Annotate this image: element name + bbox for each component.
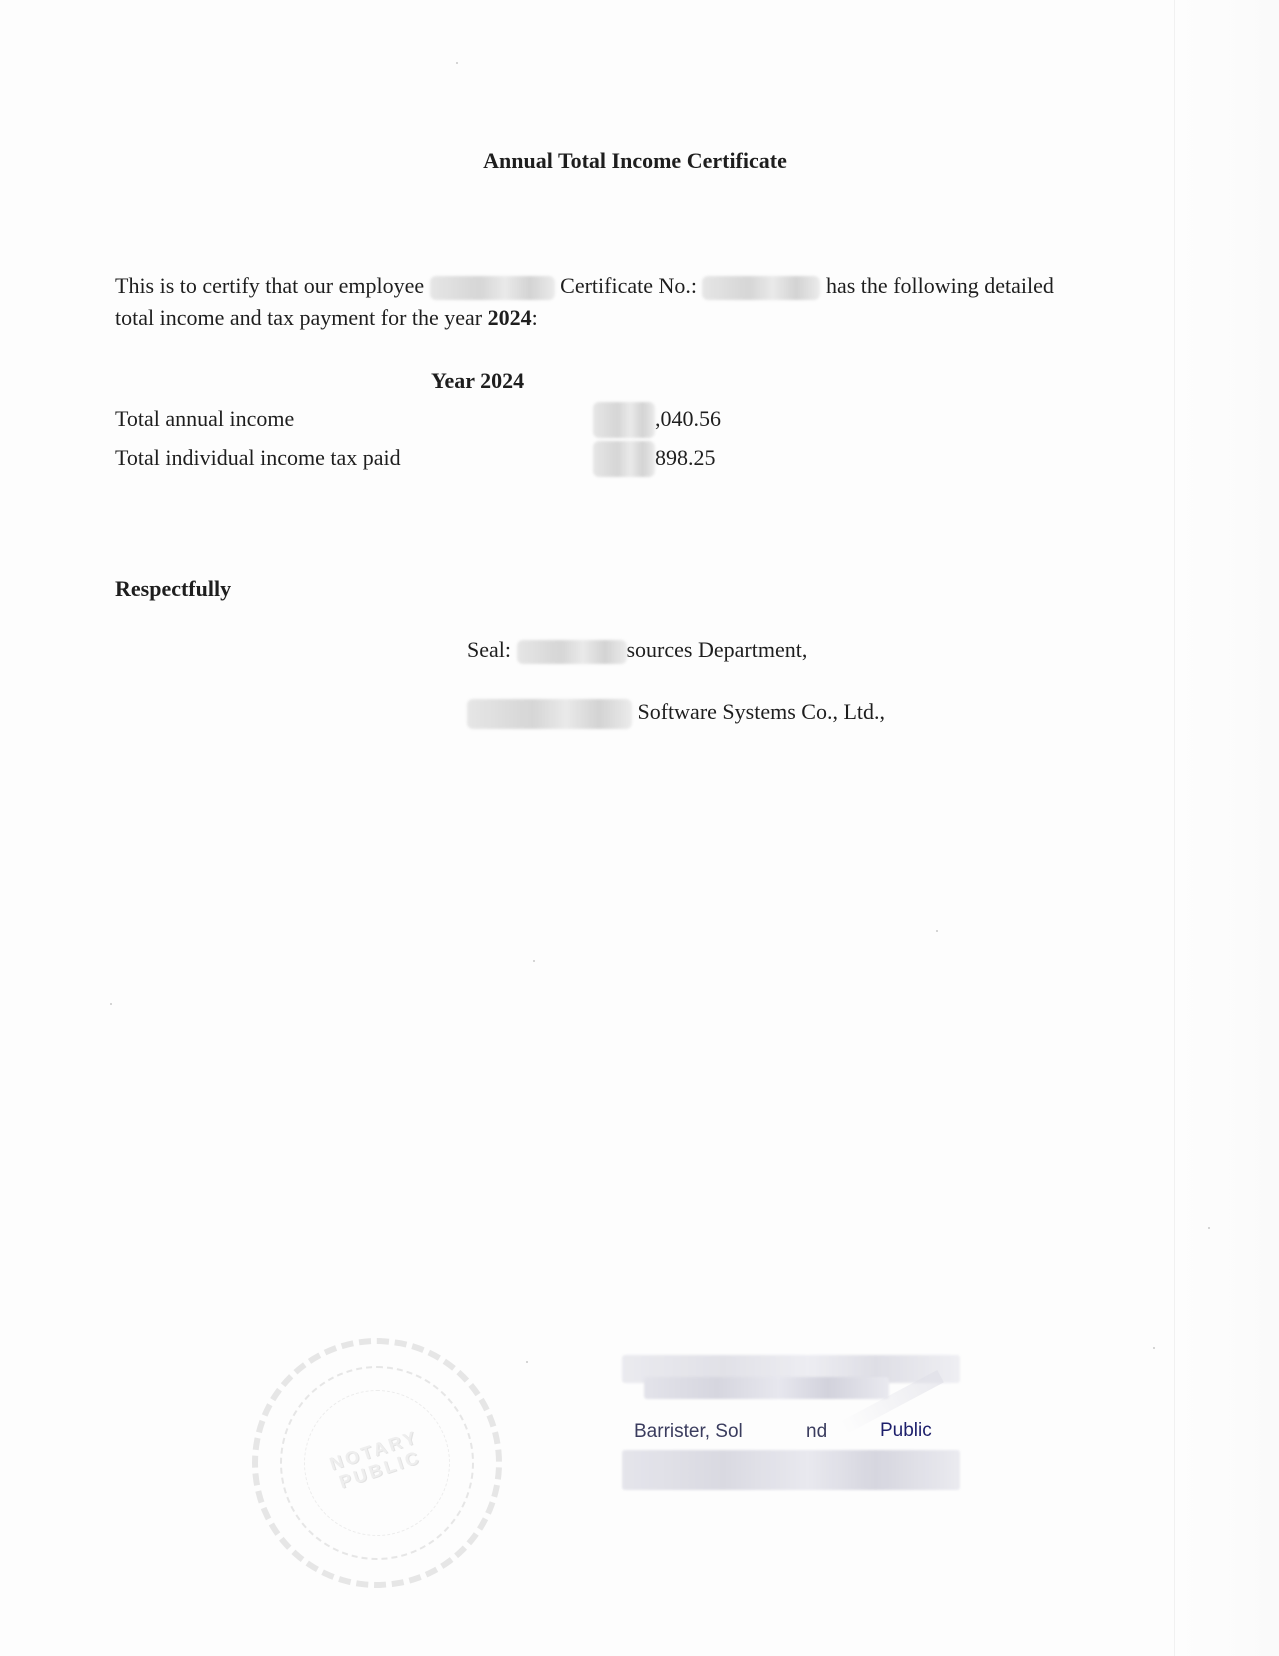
income-row-label: Total annual income	[115, 406, 294, 432]
document-title: Annual Total Income Certificate	[0, 148, 1270, 174]
intro-colon: :	[532, 305, 538, 330]
tax-row-label: Total individual income tax paid	[115, 445, 401, 471]
redacted-value	[593, 402, 655, 438]
paper-crease	[1174, 0, 1175, 1656]
certificate-label: Certificate No.:	[560, 273, 697, 298]
tax-row-value: 898.25	[655, 445, 716, 471]
redacted-employee-name	[430, 276, 555, 300]
scan-speck	[526, 1361, 528, 1363]
scan-speck	[110, 1003, 112, 1005]
seal-company-line: Software Systems Co., Ltd.,	[467, 699, 885, 729]
redacted-certificate-number	[702, 276, 820, 300]
notary-stamp: Barrister, Sol nd Public	[622, 1355, 960, 1490]
intro-prefix: This is to certify that our employee	[115, 273, 424, 298]
redacted-department	[517, 640, 627, 664]
intro-year: 2024	[488, 305, 532, 330]
embossed-notary-seal: NOTARY PUBLIC	[252, 1338, 502, 1588]
table-year-heading: Year 2024	[431, 368, 524, 394]
redacted-company	[467, 699, 632, 729]
certification-paragraph: This is to certify that our employee Cer…	[115, 270, 1195, 334]
scan-speck	[1208, 1227, 1210, 1229]
scan-speck	[456, 62, 458, 64]
redacted-notary-details	[622, 1450, 960, 1490]
intro-line2: total income and tax payment for the yea…	[115, 305, 482, 330]
scan-speck	[533, 960, 535, 962]
income-row-value: ,040.56	[655, 406, 721, 432]
seal-department-line: Seal: sources Department,	[467, 637, 807, 664]
scan-speck	[1153, 1347, 1155, 1349]
redacted-notary-name-detail	[644, 1377, 889, 1399]
intro-suffix: has the following detailed	[826, 273, 1054, 298]
scan-speck	[936, 930, 938, 932]
closing-salutation: Respectfully	[115, 576, 231, 602]
notary-title: Barrister, Sol nd Public	[634, 1421, 827, 1443]
redacted-value	[593, 441, 655, 477]
page-edge	[1177, 0, 1279, 1656]
